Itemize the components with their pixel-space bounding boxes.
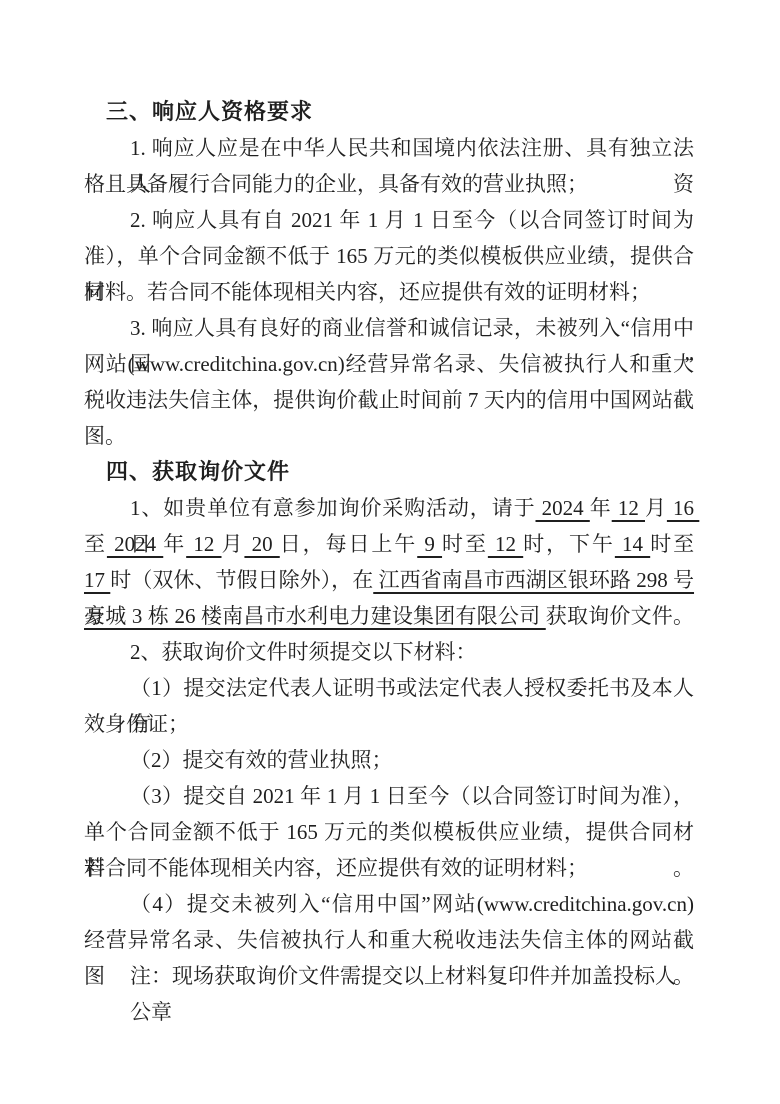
text-run: 图。 — [84, 424, 126, 448]
text-run: 获取询价文件。 — [546, 604, 694, 628]
text-line: 图。 — [84, 418, 694, 454]
text-run: 年 — [590, 496, 612, 520]
underline-blank: 2024 — [536, 496, 590, 520]
text-run: 月 — [645, 496, 667, 520]
text-line: 2、获取询价文件时须提交以下材料： — [84, 634, 694, 670]
text-line: 2. 响应人具有自 2021 年 1 月 1 日至今（以合同签订时间为 — [84, 202, 694, 238]
text-run: 四、获取询价文件 — [106, 459, 290, 484]
section-heading: 三、响应人资格要求 — [84, 94, 694, 130]
text-run: 时（双休、节假日除外），在 — [110, 568, 373, 592]
text-line: （3）提交自 2021 年 1 月 1 日至今（以合同签订时间为准）， — [84, 778, 694, 814]
text-line: 注：现场获取询价文件需提交以上材料复印件并加盖投标人公章 — [84, 958, 694, 994]
text-run: 税收违法失信主体，提供询价截止时间前 7 天内的信用中国网站截 — [84, 388, 694, 412]
text-run: 效身份证； — [84, 712, 189, 736]
text-line: 豪城 3 栋 26 楼南昌市水利电力建设集团有限公司 获取询价文件。 — [84, 598, 694, 634]
text-line: 17 时（双休、节假日除外），在 江西省南昌市西湖区银环路 298 号万 — [84, 562, 694, 598]
text-run: 时至 — [650, 532, 694, 556]
text-run: 2. 响应人具有自 2021 年 1 月 1 日至今（以合同签订时间为 — [130, 208, 694, 232]
text-line: 单个合同金额不低于 165 万元的类似模板供应业绩，提供合同材料。 — [84, 814, 694, 850]
underline-blank: 豪城 3 栋 26 楼南昌市水利电力建设集团有限公司 — [84, 604, 546, 628]
underline-blank: 12 — [186, 532, 221, 556]
underline-blank: 12 — [488, 532, 523, 556]
text-line: 网站(www.creditchina.gov.cn)经营异常名录、失信被执行人和… — [84, 346, 694, 382]
text-line: 税收违法失信主体，提供询价截止时间前 7 天内的信用中国网站截 — [84, 382, 694, 418]
text-line: 1、如贵单位有意参加询价采购活动，请于 2024 年 12 月 16 日 — [84, 490, 694, 526]
text-line: （1）提交法定代表人证明书或法定代表人授权委托书及本人有 — [84, 670, 694, 706]
text-run: 网站(www.creditchina.gov.cn)经营异常名录、失信被执行人和… — [84, 352, 694, 376]
underline-blank: 12 — [612, 496, 645, 520]
text-line: 1. 响应人应是在中华人民共和国境内依法注册、具有独立法人资 — [84, 130, 694, 166]
text-line: （2）提交有效的营业执照； — [84, 742, 694, 778]
underline-blank: 16 — [667, 496, 699, 520]
text-run: 格且具备履行合同能力的企业，具备有效的营业执照； — [84, 172, 588, 196]
text-line: 材料。若合同不能体现相关内容，还应提供有效的证明材料； — [84, 274, 694, 310]
text-run: 日，每日上午 — [280, 532, 417, 556]
text-run: （4）提交未被列入“信用中国”网站(www.creditchina.gov.cn… — [130, 892, 694, 916]
underline-blank: 17 — [84, 568, 110, 592]
text-line: （4）提交未被列入“信用中国”网站(www.creditchina.gov.cn… — [84, 886, 694, 922]
text-run: 1、如贵单位有意参加询价采购活动，请于 — [130, 496, 536, 520]
text-run: 至 — [84, 532, 107, 556]
text-line: 经营异常名录、失信被执行人和重大税收违法失信主体的网站截图。 — [84, 922, 694, 958]
text-run: （2）提交有效的营业执照； — [130, 748, 393, 772]
underline-blank: 14 — [615, 532, 650, 556]
text-run: 三、响应人资格要求 — [106, 99, 313, 124]
text-run: 注：现场获取询价文件需提交以上材料复印件并加盖投标人公章 — [130, 964, 676, 1024]
underline-blank: 2024 — [107, 532, 163, 556]
text-run: 时至 — [442, 532, 488, 556]
text-line: 至 2024 年 12 月 20 日，每日上午 9 时至 12 时，下午 14 … — [84, 526, 694, 562]
text-run: 若合同不能体现相关内容，还应提供有效的证明材料； — [84, 856, 588, 880]
text-line: 效身份证； — [84, 706, 694, 742]
document-body: 三、响应人资格要求1. 响应人应是在中华人民共和国境内依法注册、具有独立法人资格… — [84, 94, 694, 994]
underline-blank: 9 — [417, 532, 442, 556]
text-line: 准），单个合同金额不低于 165 万元的类似模板供应业绩，提供合同 — [84, 238, 694, 274]
text-run: 月 — [222, 532, 245, 556]
text-run: 时，下午 — [523, 532, 615, 556]
document-page: 三、响应人资格要求1. 响应人应是在中华人民共和国境内依法注册、具有独立法人资格… — [0, 0, 780, 1104]
text-run: 材料。若合同不能体现相关内容，还应提供有效的证明材料； — [84, 280, 651, 304]
underline-blank: 20 — [244, 532, 279, 556]
section-heading: 四、获取询价文件 — [84, 454, 694, 490]
text-run: 2、获取询价文件时须提交以下材料： — [130, 640, 477, 664]
text-run: （3）提交自 2021 年 1 月 1 日至今（以合同签订时间为准）， — [130, 784, 694, 808]
text-line: 3. 响应人具有良好的商业信誉和诚信记录，未被列入“信用中国” — [84, 310, 694, 346]
text-run: 年 — [163, 532, 186, 556]
